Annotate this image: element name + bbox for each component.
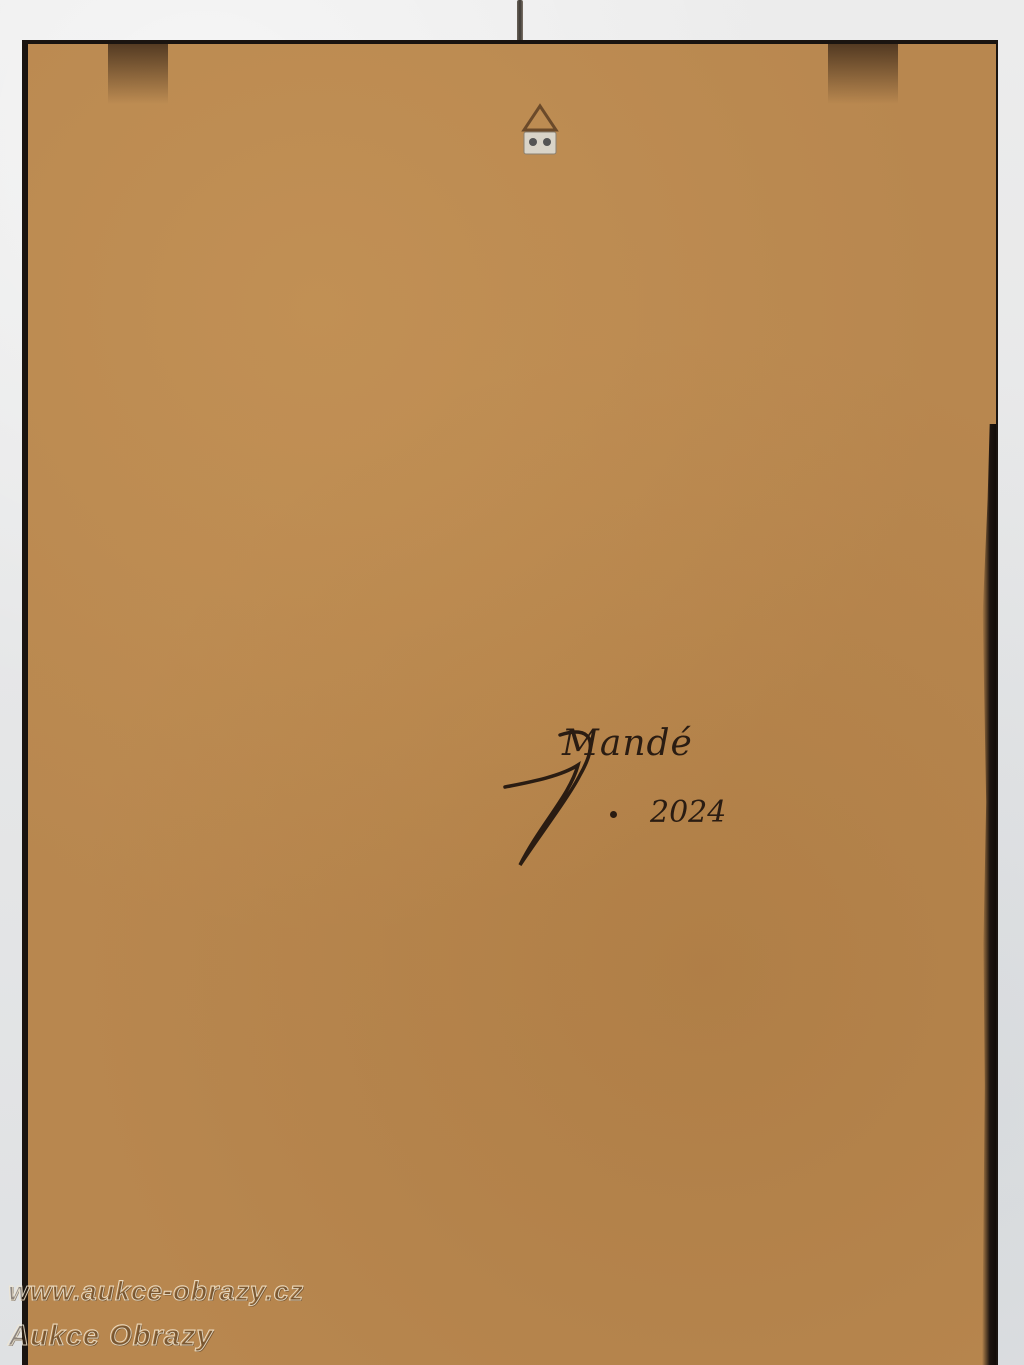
hanging-wire (517, 0, 523, 44)
painting-back-board (22, 40, 998, 1365)
signature-name: Mandé (562, 723, 693, 764)
right-painted-edge (982, 424, 996, 1365)
edge-stain (828, 44, 898, 104)
watermark-name: Aukce Obrazy (8, 1320, 213, 1353)
artist-signature: Mandé 2024 (500, 715, 780, 875)
signature-year: 2024 (650, 795, 726, 830)
edge-stain (108, 44, 168, 104)
sawtooth-triangle-hanger-icon (518, 102, 562, 162)
signature-dot (610, 811, 617, 818)
watermark-url: www.aukce-obrazy.cz (8, 1276, 304, 1307)
